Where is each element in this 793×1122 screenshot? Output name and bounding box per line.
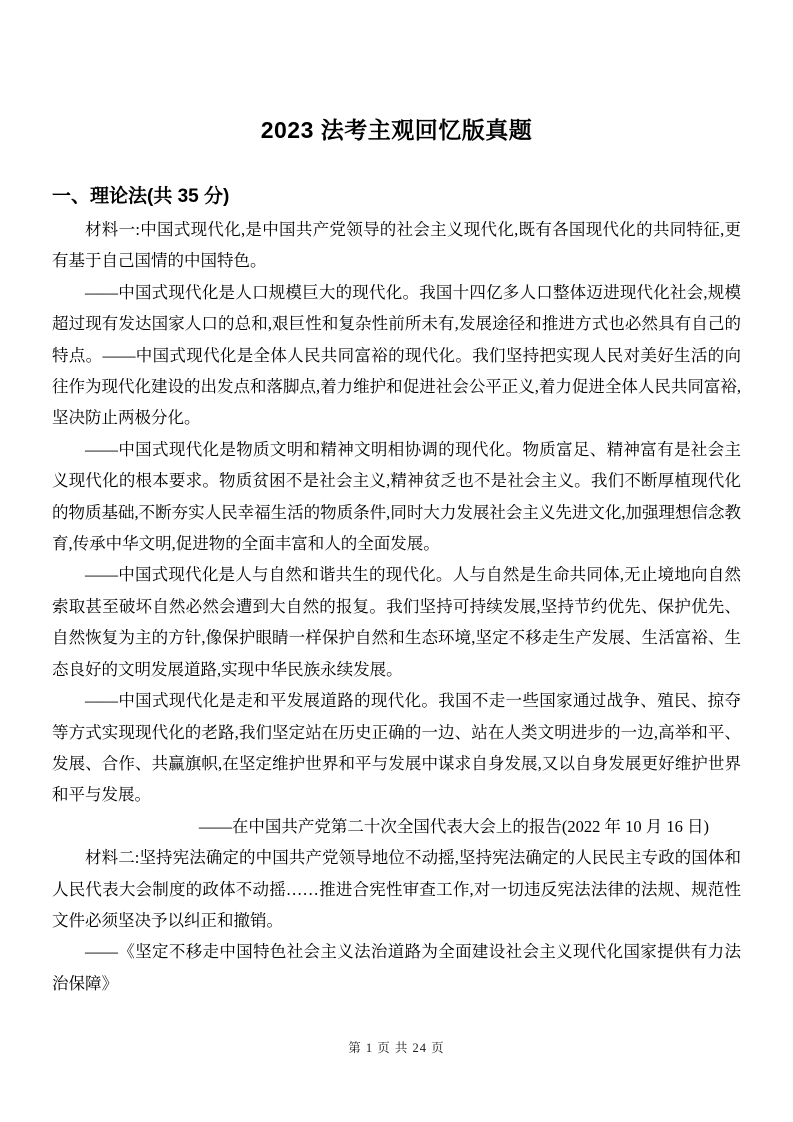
page-title: 2023 法考主观回忆版真题 <box>52 113 741 147</box>
citation-rule-of-law-document: ——《坚定不移走中国特色社会主义法治道路为全面建设社会主义现代化国家提供有力法治… <box>52 936 741 999</box>
paragraph-harmony-with-nature: ——中国式现代化是人与自然和谐共生的现代化。人与自然是生命共同体,无止境地向自然… <box>52 559 741 685</box>
paragraph-material-2: 材料二:坚持宪法确定的中国共产党领导地位不动摇,坚持宪法确定的人民民主专政的国体… <box>52 842 741 936</box>
document-page: 2023 法考主观回忆版真题 一、理论法(共 35 分) 材料一:中国式现代化,… <box>0 0 793 1122</box>
paragraph-population-prosperity: ——中国式现代化是人口规模巨大的现代化。我国十四亿多人口整体迈进现代化社会,规模… <box>52 277 741 434</box>
paragraph-material-1: 材料一:中国式现代化,是中国共产党领导的社会主义现代化,既有各国现代化的共同特征… <box>52 214 741 277</box>
document-content: 2023 法考主观回忆版真题 一、理论法(共 35 分) 材料一:中国式现代化,… <box>52 0 741 999</box>
page-number-footer: 第 1 页 共 24 页 <box>0 1039 793 1057</box>
body-text: 材料一:中国式现代化,是中国共产党领导的社会主义现代化,既有各国现代化的共同特征… <box>52 214 741 999</box>
paragraph-material-spiritual-civilization: ——中国式现代化是物质文明和精神文明相协调的现代化。物质富足、精神富有是社会主义… <box>52 434 741 560</box>
section-heading-theory-law: 一、理论法(共 35 分) <box>52 183 741 211</box>
attribution-line-20th-congress-report: ——在中国共产党第二十次全国代表大会上的报告(2022 年 10 月 16 日) <box>52 811 741 842</box>
paragraph-peaceful-development: ——中国式现代化是走和平发展道路的现代化。我国不走一些国家通过战争、殖民、掠夺等… <box>52 685 741 811</box>
